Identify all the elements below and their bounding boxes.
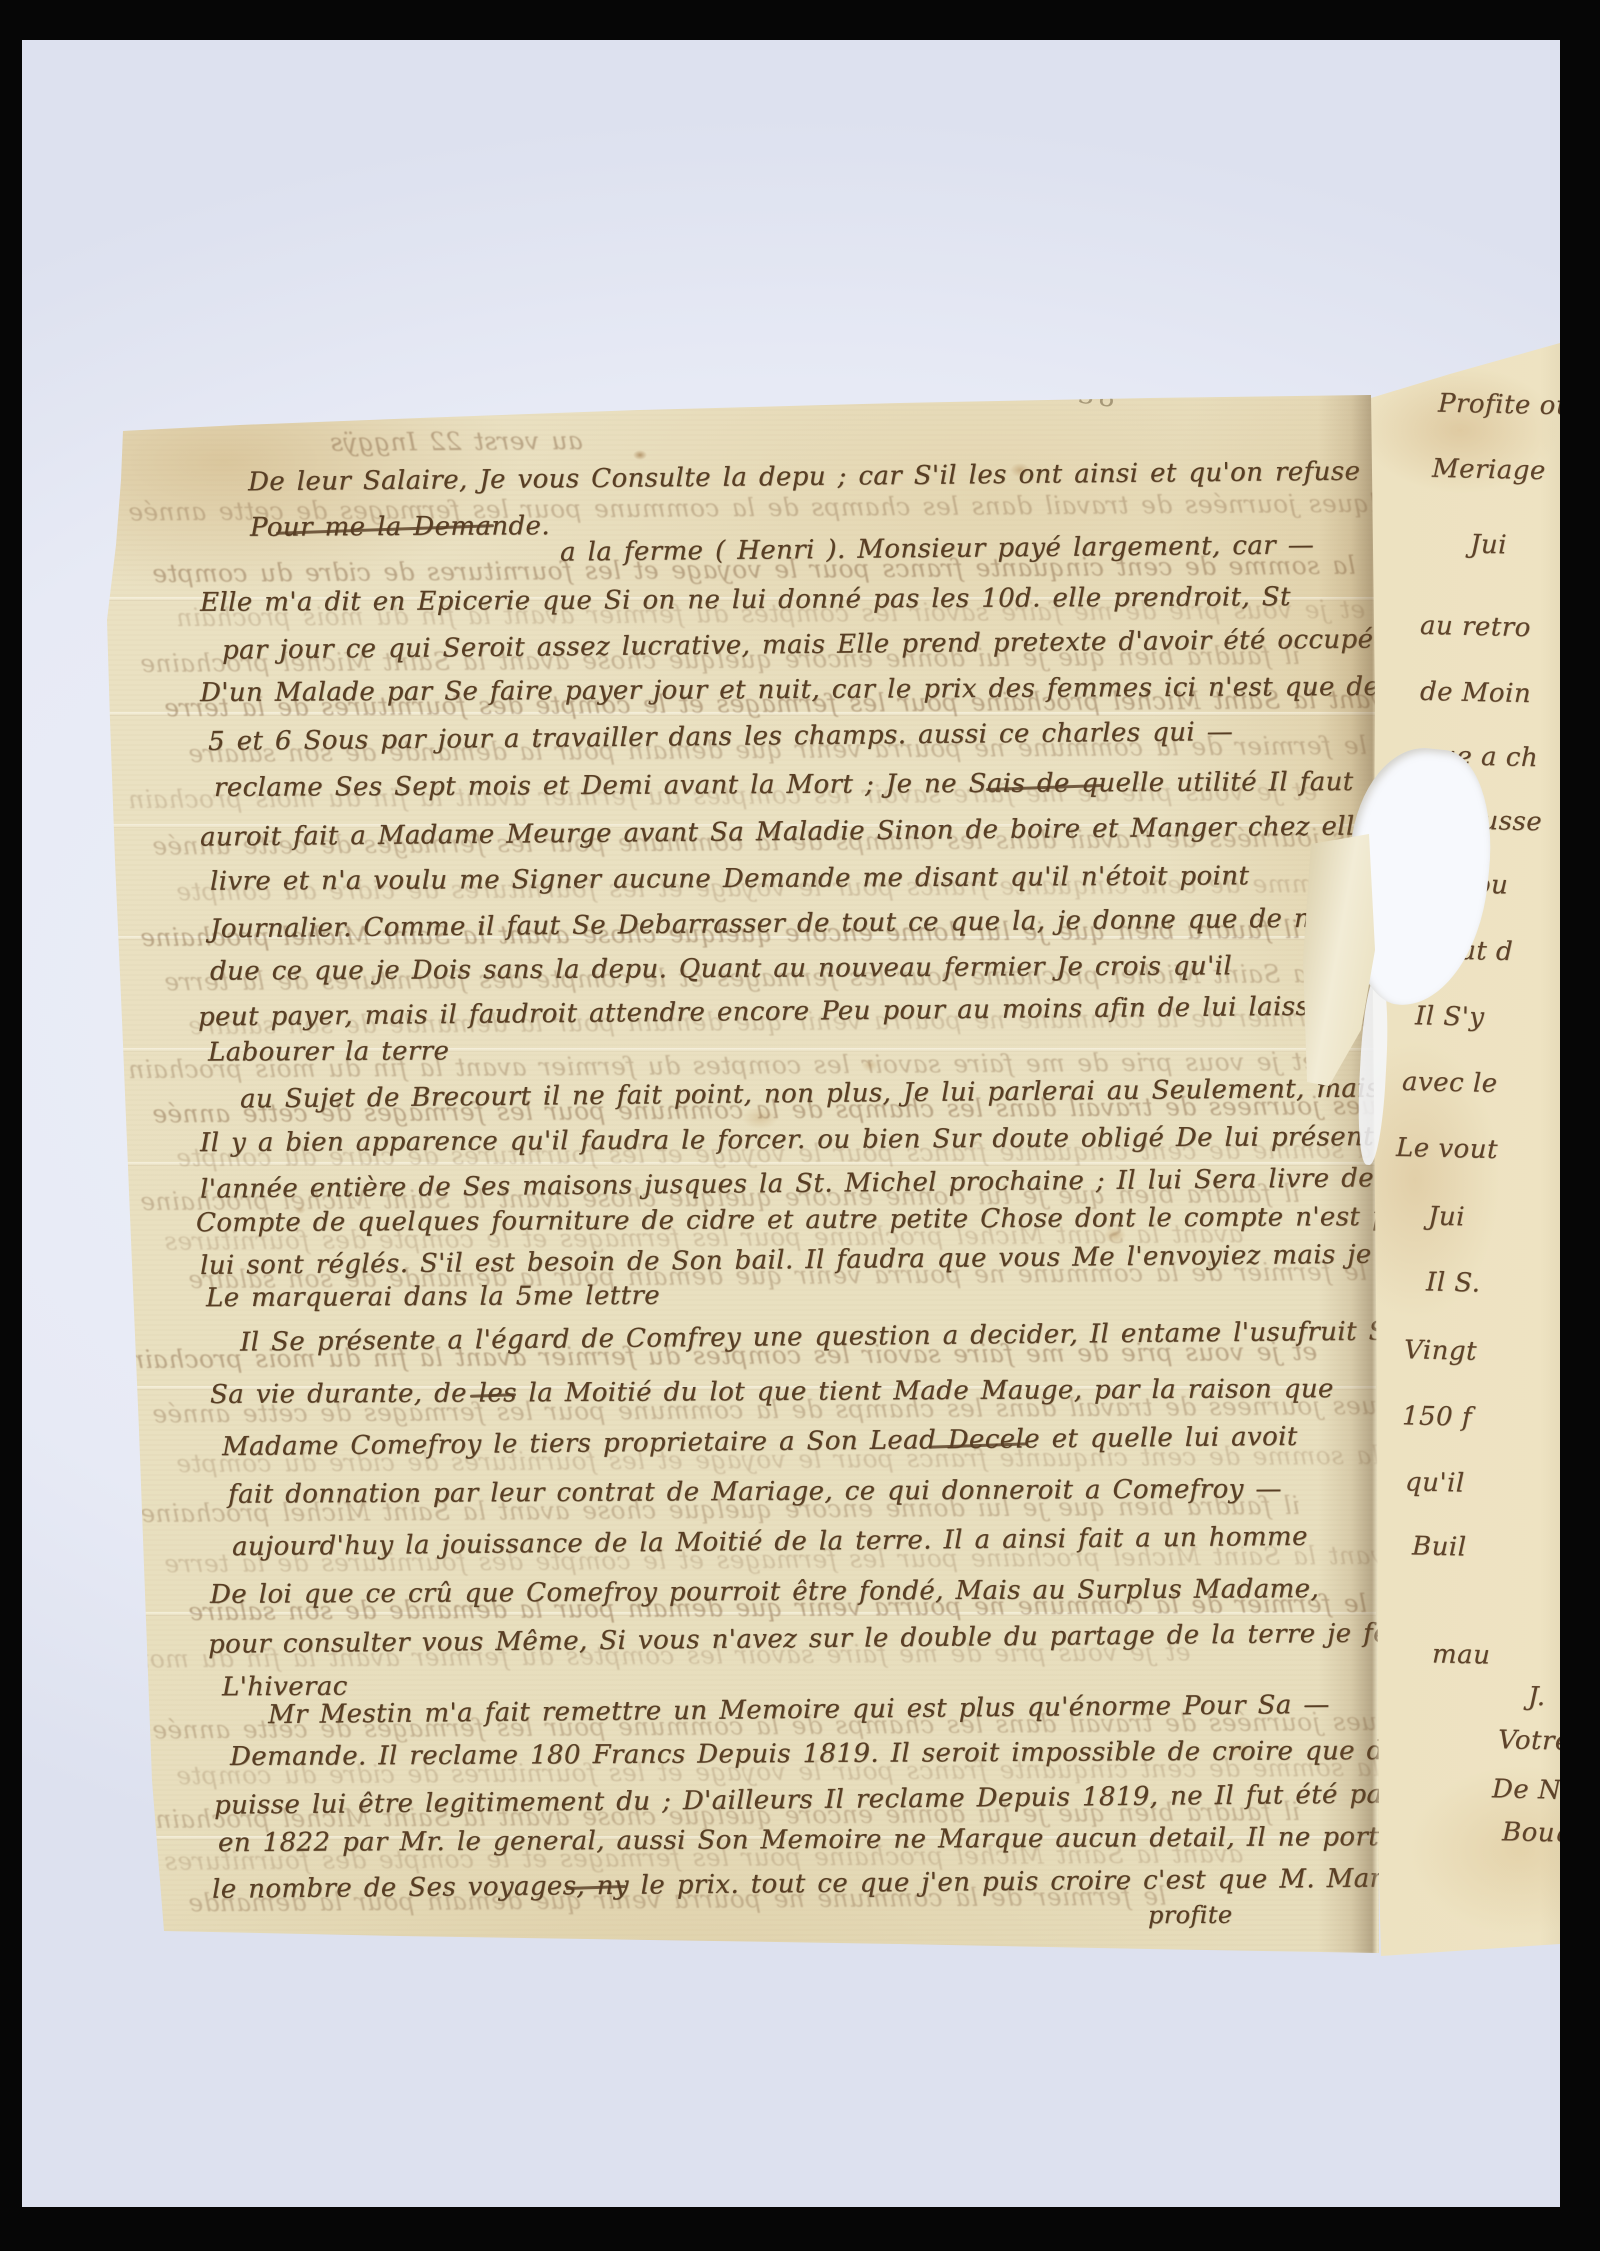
manuscript-line: Demande. Il reclame 180 Francs Depuis 18… <box>230 1736 1400 1772</box>
manuscript-line: L'hiverac <box>222 1672 348 1703</box>
manuscript-line-page2: Buil <box>1412 1531 1467 1562</box>
manuscript-line-page2: Le vout <box>1396 1133 1499 1165</box>
manuscript-line: Labourer la terre <box>208 1036 449 1067</box>
manuscript-line-page2: 150 f <box>1402 1401 1473 1432</box>
manuscript-line-page2: J. <box>1528 1682 1546 1712</box>
manuscript-line: Sa vie durante, de les la Moitié du lot … <box>210 1374 1334 1410</box>
manuscript-line: due ce que je Dois sans la depu. Quant a… <box>210 951 1232 986</box>
manuscript-line-page2: Jui <box>1428 1202 1466 1233</box>
manuscript-line: Le marquerai dans la 5me lettre <box>206 1281 660 1313</box>
manuscript-line-page2: Meriage <box>1432 454 1546 486</box>
manuscript-line-page2: Votre <box>1498 1725 1571 1757</box>
manuscript-line-page2: Il S. <box>1426 1267 1481 1298</box>
manuscript-line: D'un Malade par Se faire payer jour et n… <box>200 672 1379 708</box>
manuscript-line: profite <box>1148 1900 1233 1930</box>
manuscript-line: Compte de quelques fourniture de cidre e… <box>196 1202 1442 1239</box>
manuscript-line-page2: au retro <box>1420 611 1531 643</box>
manuscript-line-page2: Jui <box>1470 530 1508 561</box>
manuscript-line-page2: Profite ou <box>1438 389 1574 422</box>
manuscript-line: fait donnation par leur contrat de Maria… <box>228 1474 1282 1510</box>
manuscript-line-page2: qu'il <box>1405 1467 1465 1498</box>
manuscript-line-page2: de Moin <box>1420 677 1532 709</box>
photo-frame: Profite ouMeriageJuiau retrode Moinvue a… <box>0 0 1600 2251</box>
manuscript-line-page2: avec le <box>1402 1067 1498 1099</box>
manuscript-line-page2: mau <box>1432 1639 1491 1670</box>
manuscript-line-page2: Il S'y <box>1415 1001 1485 1032</box>
manuscript-line-page2: Vingt <box>1404 1335 1478 1367</box>
manuscript-line: en 1822 par Mr. le general, aussi Son Me… <box>218 1822 1433 1858</box>
manuscript-line: Elle m'a dit en Epicerie que Si on ne lu… <box>200 582 1291 618</box>
manuscript-line-page2: Bouq <box>1502 1817 1573 1848</box>
manuscript-line: De loi que ce crû que Comefroy pourroit … <box>210 1574 1319 1610</box>
manuscript-line: Il y a bien apparence qu'il faudra le fo… <box>200 1122 1403 1158</box>
manuscript-line-page2: De N <box>1492 1774 1562 1805</box>
manuscript-line: livre et n'a voulu me Signer aucune Dema… <box>210 861 1249 896</box>
manuscript-line: reclame Ses Sept mois et Demi avant la M… <box>214 767 1354 803</box>
bleed-line: au verst 22 Inggÿs <box>330 427 583 457</box>
